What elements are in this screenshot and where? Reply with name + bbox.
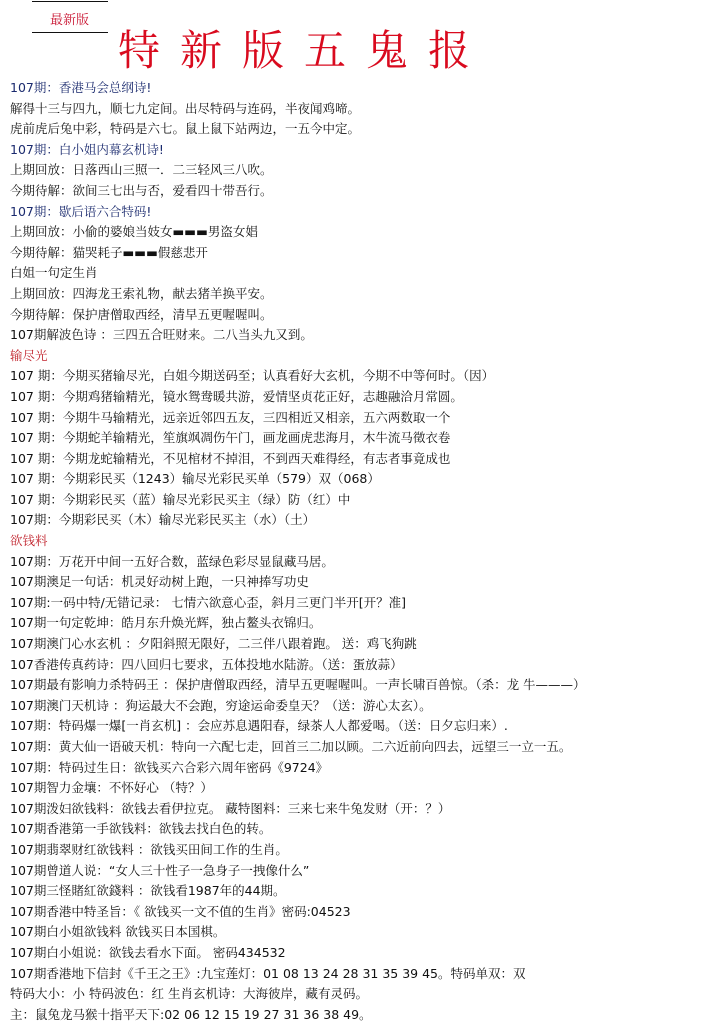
text-line: 107期:一码中特/无错记录： 七情六欲意心歪，斜月三更门半开[开？准] bbox=[10, 593, 710, 614]
badge-divider-bottom bbox=[32, 32, 108, 33]
text-line: 107期：特码爆一爆[一肖玄机] ：会应苏息遇阳春，绿茶人人都爱喝。（送：日夕忘… bbox=[10, 716, 710, 737]
text-line: 107期：黄大仙一语破天机：特向一六配七走，回首三二加以顾。二六近前向四去，远望… bbox=[10, 737, 710, 758]
section-heading: 输尽光 bbox=[10, 346, 710, 367]
text-line: 107期智力金壤：不怀好心 （特？） bbox=[10, 778, 710, 799]
text-line: 107期白小姐说：欲钱去看水下面。 密码434532 bbox=[10, 943, 710, 964]
text-line: 107 期：今期龙蛇输精光，不见棺材不掉泪，不到西天难得经，有志者事竟成也 bbox=[10, 449, 710, 470]
text-line: 虎前虎后兔中彩，特码是六七。鼠上鼠下站两边，一五今中定。 bbox=[10, 119, 710, 140]
section-heading: 欲钱料 bbox=[10, 531, 710, 552]
text-line: 主：鼠兔龙马猴十指平天下:02 06 12 15 19 27 31 36 38 … bbox=[10, 1005, 710, 1021]
text-line: 107期澳门心水玄机 ：夕阳斜照无限好，二三伴八跟着跑。 送：鸡飞狗跳 bbox=[10, 634, 710, 655]
text-line: 107期香港第一手欲钱料：欲钱去找白色的转。 bbox=[10, 819, 710, 840]
text-line: 今期待解：保护唐僧取西经，清早五更喔喔叫。 bbox=[10, 305, 710, 326]
text-line: 107期香港中特圣旨：《 欲钱买一文不值的生肖》密码:04523 bbox=[10, 902, 710, 923]
text-line: 107期翡翠财红欲钱料 ：欲钱买田间工作的生肖。 bbox=[10, 840, 710, 861]
text-line: 白姐一句定生肖 bbox=[10, 263, 710, 284]
period-heading: 107期：歇后语六合特码! bbox=[10, 202, 710, 223]
text-line: 107期三怪賭紅欲錢料 ：欲钱看1987年的44期。 bbox=[10, 881, 710, 902]
text-line: 上期回放：小偷的婆娘当妓女▬▬▬男盗女娼 bbox=[10, 222, 710, 243]
text-line: 107期：万花开中间一五好合数，蓝绿色彩尽显鼠藏马居。 bbox=[10, 552, 710, 573]
text-line: 107期曾道人说：“女人三十性子一急身子一拽像什么” bbox=[10, 861, 710, 882]
text-line: 107 期：今期彩民买（蓝）输尽光彩民买主（绿）防（红）中 bbox=[10, 490, 710, 511]
text-line: 107期解波色诗 ：三四五合旺财来。二八当头九又到。 bbox=[10, 325, 710, 346]
badge-divider-top bbox=[32, 1, 108, 2]
text-line: 107期：特码过生日：欲钱买六合彩六周年密码《9724》 bbox=[10, 758, 710, 779]
text-line: 107期泼妇欲钱料：欲钱去看伊拉克。 藏特图料：三来七来牛兔发财（开：？） bbox=[10, 799, 710, 820]
text-line: 107 期：今期鸡猪输精光，镜水鸳鸯暖共游，爱情坚贞花正好，志趣融洽月常圆。 bbox=[10, 387, 710, 408]
text-line: 107期澳足一句话：机灵好动树上跑，一只神捧写功史 bbox=[10, 572, 710, 593]
text-line: 107期白小姐欲钱料 欲钱买日本国棋。 bbox=[10, 922, 710, 943]
text-line: 107 期：今期买猪输尽光，白姐今期送码至；认真看好大玄机，今期不中等何时。（因… bbox=[10, 366, 710, 387]
text-line: 今期待解：欲间三七出与否，爱看四十带吾行。 bbox=[10, 181, 710, 202]
text-line: 特码大小：小 特码波色：红 生肖玄机诗：大海彼岸，藏有灵码。 bbox=[10, 984, 710, 1005]
period-heading: 107期：白小姐内幕玄机诗! bbox=[10, 140, 710, 161]
text-line: 107 期：今期蛇羊输精光，笙旗飒凋伤午门，画龙画虎悲海月，木牛流马徵衣卷 bbox=[10, 428, 710, 449]
text-line: 107 期：今期牛马输精光，远亲近邻四五友，三四相近又相亲，五六两数取一个 bbox=[10, 408, 710, 429]
text-line: 107 期：今期彩民买（1243）输尽光彩民买单（579）双（068） bbox=[10, 469, 710, 490]
period-heading: 107期：香港马会总纲诗! bbox=[10, 78, 710, 99]
text-line: 今期待解：猫哭耗子▬▬▬假慈悲开 bbox=[10, 243, 710, 264]
text-line: 上期回放：日落西山三照一．二三轻风三八吹。 bbox=[10, 160, 710, 181]
document-body: 107期：香港马会总纲诗!解得十三与四九，顺七九定间。出尽特码与连码，半夜闻鸡啼… bbox=[10, 78, 710, 1021]
text-line: 解得十三与四九，顺七九定间。出尽特码与连码，半夜闻鸡啼。 bbox=[10, 99, 710, 120]
text-line: 107期：今期彩民买（木）输尽光彩民买主（水）（土） bbox=[10, 510, 710, 531]
text-line: 107期澳门天机诗 ：狗运最大不会跑，穷途运命委皇天？（送：游心太玄）。 bbox=[10, 696, 710, 717]
text-line: 107期一句定乾坤：皓月东升焕光辉，独占鳌头衣锦归。 bbox=[10, 613, 710, 634]
page-title: 特新版五鬼报 bbox=[118, 26, 490, 76]
text-line: 107期最有影响力杀特码王 ：保护唐僧取西经，清早五更喔喔叫。一声长啸百兽惊。（… bbox=[10, 675, 710, 696]
text-line: 上期回放：四海龙王索礼物，献去猪羊换平安。 bbox=[10, 284, 710, 305]
edition-badge: 最新版 bbox=[50, 9, 89, 28]
text-line: 107香港传真药诗：四八回归七要求，五体投地水陆游。（送：蛋放蒜） bbox=[10, 655, 710, 676]
text-line: 107期香港地下信封《千王之王》:九宝莲灯：01 08 13 24 28 31 … bbox=[10, 964, 710, 985]
page-header: 最新版 特新版五鬼报 bbox=[0, 0, 710, 78]
